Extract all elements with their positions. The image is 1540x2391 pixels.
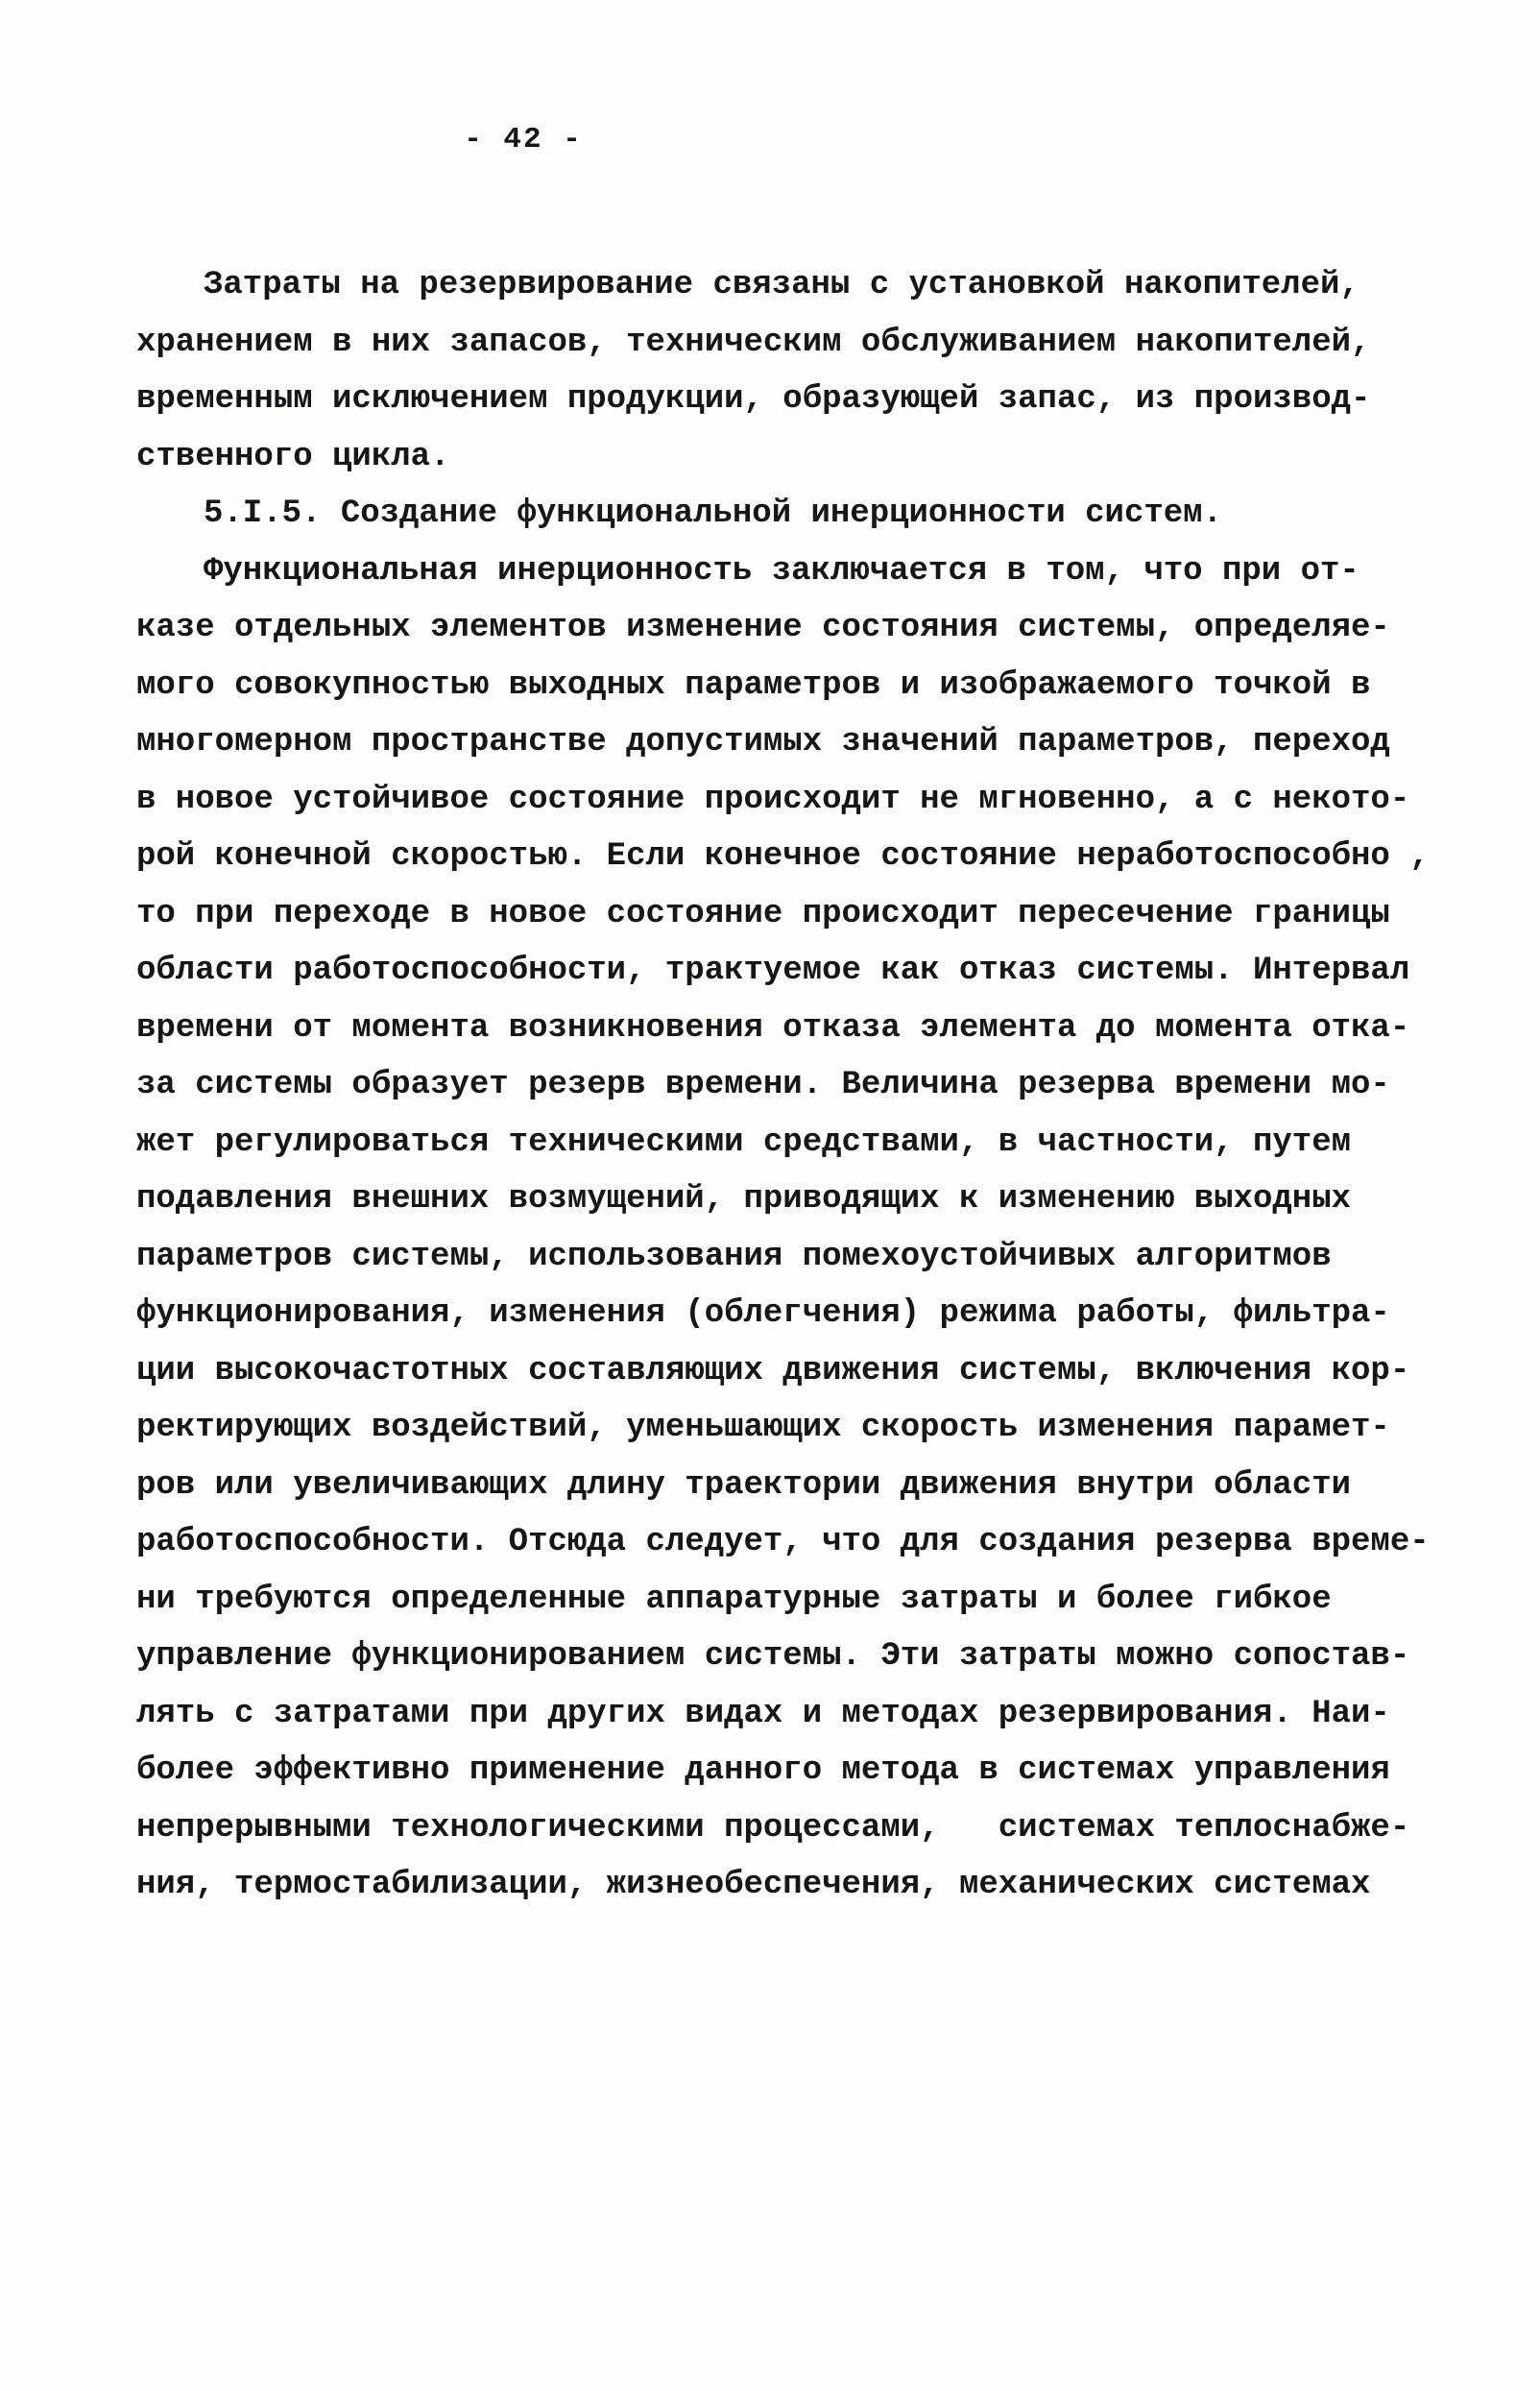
text-line-2: хранением в них запасов, техническим обс… — [136, 315, 1480, 373]
text-line-28: непрерывными технологическими процессами… — [136, 1800, 1480, 1858]
text-line-29: ния, термостабилизации, жизнеобеспечения… — [136, 1857, 1480, 1915]
document-body: Затраты на резервирование связаны с уста… — [136, 257, 1480, 1915]
text-line-7: казе отдельных элементов изменение состо… — [136, 600, 1480, 658]
text-line-14: времени от момента возникновения отказа … — [136, 1001, 1480, 1058]
text-line-4: ственного цикла. — [136, 429, 1480, 487]
text-line-8: мого совокупностью выходных параметров и… — [136, 658, 1480, 715]
scanned-document-page: - 42 - Затраты на резервирование связаны… — [0, 0, 1540, 2391]
text-line-12: то при переходе в новое состояние происх… — [136, 886, 1480, 944]
text-line-18: параметров системы, использования помехо… — [136, 1229, 1480, 1287]
text-line-21: ректирующих воздействий, уменьшающих ско… — [136, 1400, 1480, 1458]
text-line-9: многомерном пространстве допустимых знач… — [136, 714, 1480, 772]
text-line-23: работоспособности. Отсюда следует, что д… — [136, 1514, 1480, 1572]
text-line-22: ров или увеличивающих длину траектории д… — [136, 1458, 1480, 1515]
text-line-24: ни требуются определенные аппаратурные з… — [136, 1572, 1480, 1630]
text-line-27: более эффективно применение данного мето… — [136, 1743, 1480, 1800]
text-line-16: жет регулироваться техническими средства… — [136, 1115, 1480, 1172]
text-line-1: Затраты на резервирование связаны с уста… — [136, 257, 1480, 315]
text-line-20: ции высокочастотных составляющих движени… — [136, 1343, 1480, 1401]
text-line-5: 5.I.5. Создание функциональной инерционн… — [136, 486, 1480, 543]
text-line-11: рой конечной скоростью. Если конечное со… — [136, 829, 1480, 886]
text-line-19: функционирования, изменения (облегчения)… — [136, 1286, 1480, 1343]
text-line-10: в новое устойчивое состояние происходит … — [136, 772, 1480, 830]
text-line-6: Функциональная инерционность заключается… — [136, 543, 1480, 601]
page-number: - 42 - — [422, 123, 624, 157]
text-line-3: временным исключением продукции, образую… — [136, 372, 1480, 429]
text-line-15: за системы образует резерв времени. Вели… — [136, 1057, 1480, 1115]
text-line-17: подавления внешних возмущений, приводящи… — [136, 1171, 1480, 1229]
text-line-26: лять с затратами при других видах и мето… — [136, 1686, 1480, 1744]
text-line-13: области работоспособности, трактуемое ка… — [136, 943, 1480, 1001]
text-line-25: управление функционированием системы. Эт… — [136, 1629, 1480, 1686]
